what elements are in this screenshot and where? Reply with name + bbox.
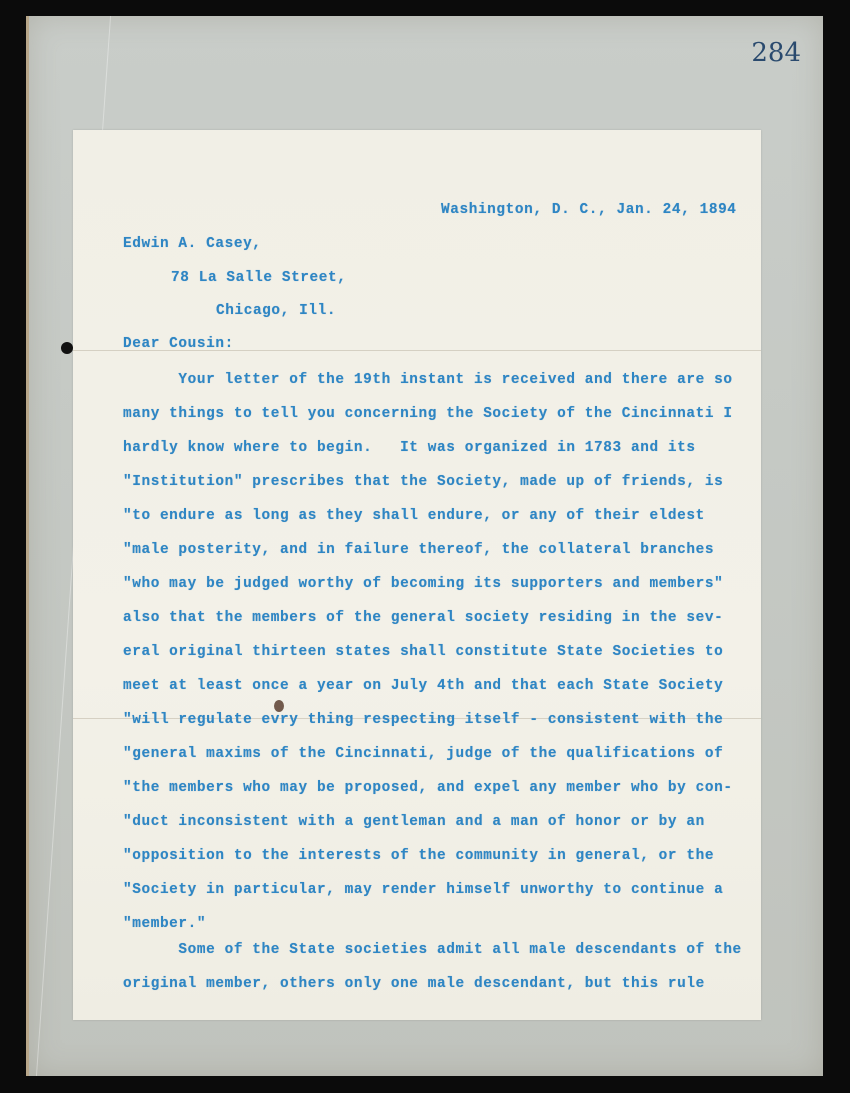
paragraph-1: Your letter of the 19th instant is recei… (123, 370, 763, 948)
archive-page-number: 284 (751, 38, 801, 68)
body-line: hardly know where to begin. It was organ… (123, 438, 763, 472)
body-line: also that the members of the general soc… (123, 608, 763, 642)
recipient-street: 78 La Salle Street, (171, 270, 346, 286)
body-line: "to endure as long as they shall endure,… (123, 506, 763, 540)
body-line: meet at least once a year on July 4th an… (123, 676, 763, 710)
body-line: eral original thirteen states shall cons… (123, 642, 763, 676)
body-line: original member, others only one male de… (123, 974, 742, 1008)
body-line: "duct inconsistent with a gentleman and … (123, 812, 763, 846)
body-line: "male posterity, and in failure thereof,… (123, 540, 763, 574)
typed-letter: Washington, D. C., Jan. 24, 1894 Edwin A… (73, 130, 761, 1020)
body-line: "Society in particular, may render himse… (123, 880, 763, 914)
body-line: "general maxims of the Cincinnati, judge… (123, 744, 763, 778)
document-scan: 284 Washington, D. C., Jan. 24, 1894 Edw… (0, 0, 850, 1093)
body-line: many things to tell you concerning the S… (123, 404, 763, 438)
dateline: Washington, D. C., Jan. 24, 1894 (441, 202, 737, 218)
recipient-name: Edwin A. Casey, (123, 236, 262, 252)
body-line: "will regulate evry thing respecting its… (123, 710, 763, 744)
body-line: Some of the State societies admit all ma… (123, 940, 742, 974)
body-line: "Institution" prescribes that the Societ… (123, 472, 763, 506)
body-line: Your letter of the 19th instant is recei… (123, 370, 763, 404)
body-line: "the members who may be proposed, and ex… (123, 778, 763, 812)
recipient-city: Chicago, Ill. (216, 303, 336, 319)
body-line: "opposition to the interests of the comm… (123, 846, 763, 880)
punch-hole (61, 342, 73, 354)
paragraph-2: Some of the State societies admit all ma… (123, 940, 742, 1008)
body-line: "who may be judged worthy of becoming it… (123, 574, 763, 608)
salutation: Dear Cousin: (123, 336, 234, 352)
